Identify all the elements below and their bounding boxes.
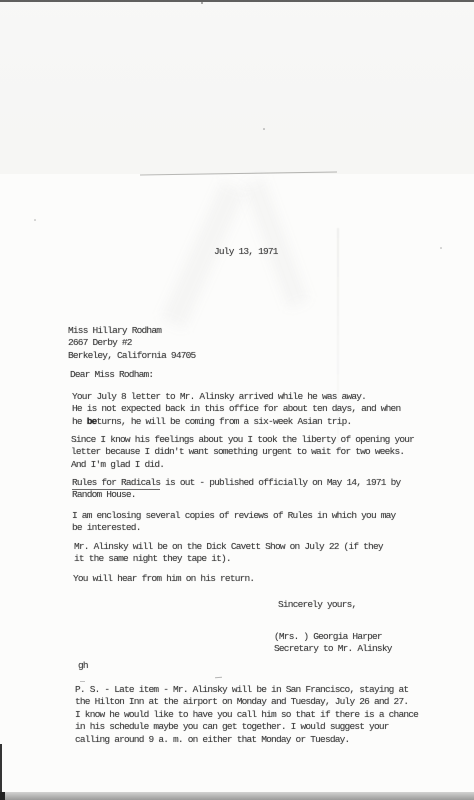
scanned-letter-page: July 13, 1971 Miss Hillary Rodham 2667 D… — [0, 0, 474, 800]
typist-initials: gh — [78, 660, 88, 672]
paragraph-cavett-show: Mr. Alinsky will be on the Dick Cavett S… — [74, 541, 454, 566]
recipient-address: Miss Hillary Rodham 2667 Derby #2 Berkel… — [68, 325, 195, 362]
scan-speck — [263, 128, 265, 130]
scan-bottom-edge — [0, 792, 474, 800]
fold-shading-area — [0, 0, 474, 174]
pencil-dash-mark — [215, 677, 222, 678]
letter-date: July 13, 1971 — [214, 246, 278, 258]
overstrike-typo: be — [87, 416, 97, 427]
postscript: P. S. - Late item - Mr. Alinsky will be … — [75, 684, 461, 746]
scan-speck — [440, 247, 442, 249]
signature-block: (Mrs. ) Georgia Harper Secretary to Mr. … — [274, 631, 392, 656]
paragraph-book-published: Rules for Radicals is out - published of… — [72, 477, 452, 502]
book-title-underlined: Rules for Radicals — [72, 477, 160, 490]
signer-name: (Mrs. ) Georgia Harper — [274, 631, 382, 642]
paragraph-enclosing-reviews: I am enclosing several copies of reviews… — [72, 510, 452, 535]
pencil-dash-mark — [80, 681, 85, 682]
scan-corner-mark — [0, 792, 5, 800]
fold-shadow-right — [243, 178, 308, 308]
salutation: Dear Miss Rodham: — [70, 369, 153, 381]
paragraph-hear-from-him: You will hear from him on his return. — [73, 573, 453, 585]
scan-speck — [201, 2, 203, 4]
paragraph-arrival: Your July 8 letter to Mr. Alinsky arrive… — [72, 391, 452, 428]
scan-top-edge — [0, 0, 474, 2]
signer-title: Secretary to Mr. Alinsky — [274, 643, 392, 654]
scan-speck — [34, 219, 36, 221]
closing-sincerely: Sincerely yours, — [278, 599, 356, 611]
paragraph-arrival-end: turns, he will be coming from a six-week… — [97, 416, 352, 427]
paragraph-opening-letter: Since I know his feelings about you I to… — [71, 434, 451, 471]
